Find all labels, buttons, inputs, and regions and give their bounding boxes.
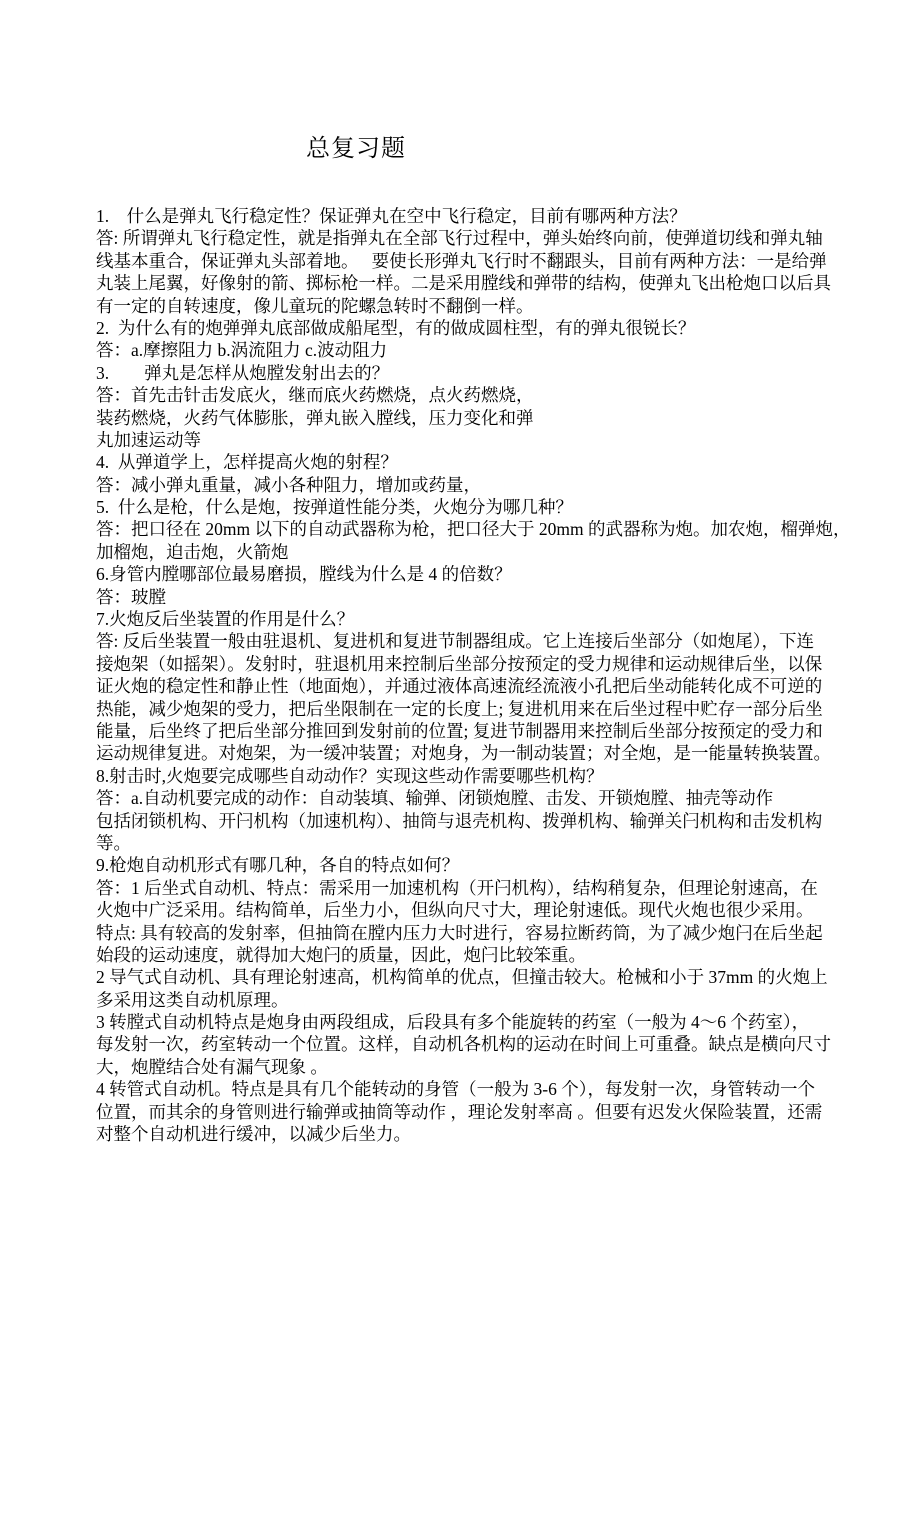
text-line: 答: 所谓弹丸飞行稳定性，就是指弹丸在全部飞行过程中，弹头始终向前，使弹道切线和… [96, 227, 856, 249]
text-line: 证火炮的稳定性和静止性（地面炮），并通过液体高速流经流液小孔把后坐动能转化成不可… [96, 675, 856, 697]
text-line: 答：把口径在 20mm 以下的自动武器称为枪，把口径大于 20mm 的武器称为炮… [96, 518, 856, 540]
page-title: 总复习题 [306, 128, 406, 163]
text-line: 对整个自动机进行缓冲，以减少后坐力。 [96, 1123, 856, 1145]
text-line: 能量，后坐终了把后坐部分推回到发射前的位置; 复进节制器用来控制后坐部分按预定的… [96, 720, 856, 742]
text-line: 答：玻膛 [96, 586, 856, 608]
text-line: 加榴炮，迫击炮，火箭炮 [96, 541, 856, 563]
text-line: 火炮中广泛采用。结构简单，后坐力小，但纵向尺寸大，理论射速低。现代火炮也很少采用… [96, 899, 856, 921]
text-line: 8.射击时,火炮要完成哪些自动动作？实现这些动作需要哪些机构？ [96, 765, 856, 787]
text-line: 位置，而其余的身管则进行输弹或抽筒等动作 ，理论发射率高 。但要有迟发火保险装置… [96, 1101, 856, 1123]
text-line: 接炮架（如摇架）。发射时，驻退机用来控制后坐部分按预定的受力规律和运动规律后坐，… [96, 653, 856, 675]
text-line: 答：a.自动机要完成的动作：自动装填、输弹、闭锁炮膛、击发、开锁炮膛、抽壳等动作 [96, 787, 856, 809]
text-line: 6.身管内膛哪部位最易磨损，膛线为什么是 4 的倍数？ [96, 563, 856, 585]
text-line: 装药燃烧，火药气体膨胀，弹丸嵌入膛线，压力变化和弹 [96, 407, 856, 429]
text-line: 包括闭锁机构、开闩机构（加速机构）、抽筒与退壳机构、拨弹机构、输弹关闩机构和击发… [96, 810, 856, 832]
text-line: 9.枪炮自动机形式有哪几种，各自的特点如何？ [96, 854, 856, 876]
text-line: 多采用这类自动机原理。 [96, 989, 856, 1011]
text-line: 5. 什么是枪，什么是炮，按弹道性能分类，火炮分为哪几种？ [96, 496, 856, 518]
document-body: 1. 什么是弹丸飞行稳定性？保证弹丸在空中飞行稳定，目前有哪两种方法？答: 所谓… [96, 205, 856, 1145]
text-line: 每发射一次，药室转动一个位置。这样，自动机各机构的运动在时间上可重叠。缺点是横向… [96, 1033, 856, 1055]
text-line: 答：首先击针击发底火，继而底火药燃烧，点火药燃烧， [96, 384, 856, 406]
text-line: 3. 弹丸是怎样从炮膛发射出去的？ [96, 362, 856, 384]
text-line: 答：1 后坐式自动机、特点：需采用一加速机构（开闩机构），结构稍复杂，但理论射速… [96, 877, 856, 899]
text-line: 4 转管式自动机。特点是具有几个能转动的身管（一般为 3-6 个），每发射一次，… [96, 1078, 856, 1100]
text-line: 大，炮膛结合处有漏气现象 。 [96, 1056, 856, 1078]
text-line: 有一定的自转速度，像儿童玩的陀螺急转时不翻倒一样。 [96, 295, 856, 317]
text-line: 等。 [96, 832, 856, 854]
text-line: 运动规律复进。对炮架，为一缓冲装置；对炮身，为一制动装置；对全炮，是一能量转换装… [96, 742, 856, 764]
text-line: 丸加速运动等 [96, 429, 856, 451]
text-line: 2. 为什么有的炮弹弹丸底部做成船尾型，有的做成圆柱型，有的弹丸很锐长？ [96, 317, 856, 339]
text-line: 热能，减少炮架的受力，把后坐限制在一定的长度上; 复进机用来在后坐过程中贮存一部… [96, 698, 856, 720]
text-line: 答：a.摩擦阻力 b.涡流阻力 c.波动阻力 [96, 339, 856, 361]
text-line: 特点: 具有较高的发射率，但抽筒在膛内压力大时进行，容易拉断药筒，为了减少炮闩在… [96, 922, 856, 944]
text-line: 2 导气式自动机、具有理论射速高，机构简单的优点，但撞击较大。枪械和小于 37m… [96, 966, 856, 988]
text-line: 丸装上尾翼，好像射的箭、掷标枪一样。二是采用膛线和弹带的结构，使弹丸飞出枪炮口以… [96, 272, 856, 294]
text-line: 始段的运动速度，就得加大炮闩的质量，因此，炮闩比较笨重。 [96, 944, 856, 966]
text-line: 4. 从弹道学上，怎样提高火炮的射程？ [96, 451, 856, 473]
text-line: 线基本重合，保证弹丸头部着地。 要使长形弹丸飞行时不翻跟头，目前有两种方法：一是… [96, 250, 856, 272]
document-page: 总复习题 1. 什么是弹丸飞行稳定性？保证弹丸在空中飞行稳定，目前有哪两种方法？… [0, 0, 920, 1523]
text-line: 答: 反后坐装置一般由驻退机、复进机和复进节制器组成。它上连接后坐部分（如炮尾）… [96, 630, 856, 652]
text-line: 3 转膛式自动机特点是炮身由两段组成，后段具有多个能旋转的药室（一般为 4～6 … [96, 1011, 856, 1033]
text-line: 1. 什么是弹丸飞行稳定性？保证弹丸在空中飞行稳定，目前有哪两种方法？ [96, 205, 856, 227]
text-line: 7.火炮反后坐装置的作用是什么？ [96, 608, 856, 630]
text-line: 答：减小弹丸重量，减小各种阻力，增加或药量， [96, 474, 856, 496]
